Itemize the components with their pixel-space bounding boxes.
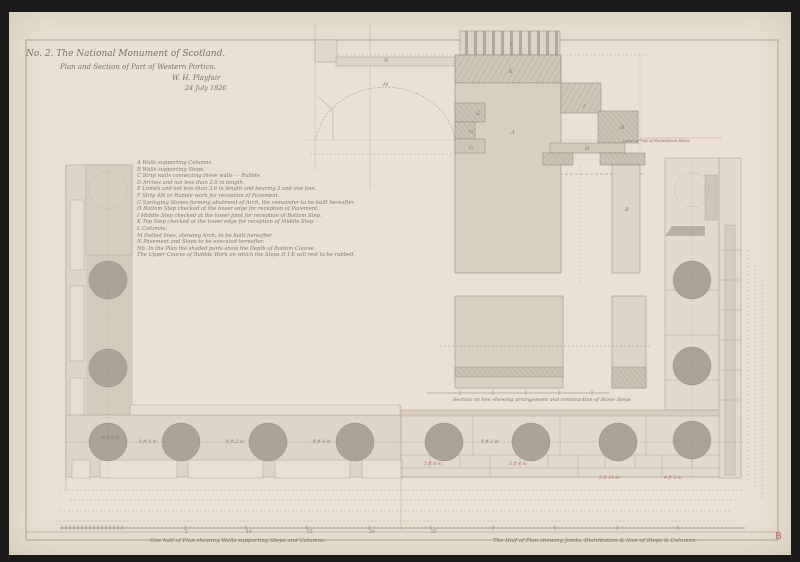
legend-item: G Springing Stones forming abutment of A…	[137, 200, 355, 207]
label-H1: H	[620, 125, 624, 131]
red-dim-1: 5 ft 6 in	[424, 462, 442, 467]
legend-item: A Walls supporting Columns.	[137, 160, 355, 167]
plan-spacing-3: 8 ft 4 in	[313, 440, 331, 445]
label-M: M	[383, 82, 388, 88]
title-line-2: Plan and Section of Part of Western Port…	[60, 63, 216, 71]
label-A: A	[511, 130, 515, 136]
legend-item: D Arches and not less than 2.6 in length…	[137, 180, 355, 187]
legend-item: K Top Step checked at the lower edge for…	[137, 219, 355, 226]
scale-tick: 10	[246, 530, 252, 535]
red-dim-2: 5 ft 4 in	[509, 462, 527, 467]
legend-item: M Dotted lines, showing Arch, to be buil…	[137, 233, 355, 240]
scale-tick: 5	[185, 530, 188, 535]
label-I: I	[583, 104, 585, 110]
column-dim: 6 ft 0 in	[102, 436, 120, 441]
legend-item: The Upper Course of Rubble Work on which…	[137, 252, 355, 259]
label-G1: G	[476, 111, 480, 117]
scale-tick: 20	[369, 530, 375, 535]
red-dim-3: 5 ft 10 in	[599, 476, 620, 481]
label-G3: G	[469, 145, 473, 151]
scale-tick: 25	[431, 530, 437, 535]
legend-item: E Lintels and not less than 3.6 in lengt…	[137, 186, 355, 193]
legend-item: F Strip 4/6 or Rubble work for reception…	[137, 193, 355, 200]
date: 24 July 1826	[185, 84, 227, 92]
signature: W. H. Playfair	[172, 74, 220, 82]
drawing-sheet: No. 2. The National Monument of Scotland…	[9, 12, 791, 555]
legend-item: N Pavement and Steps to be executed here…	[137, 239, 355, 246]
plan-left-caption: One half of Plan showing Walls supportin…	[150, 538, 326, 544]
label-K: K	[509, 69, 513, 75]
legend-item: C Strip walls connecting these walls — R…	[137, 173, 355, 180]
legend-item: L Columns.	[137, 226, 355, 233]
label-H2: H	[585, 146, 589, 152]
legend-item: Nb. In the Plan the shaded parts show th…	[137, 246, 355, 253]
label-N: N	[384, 58, 388, 64]
scale-tick: 15	[307, 530, 313, 535]
legend-item: B Walls supporting Steps.	[137, 167, 355, 174]
legend-notes: A Walls supporting Columns. B Walls supp…	[137, 160, 355, 259]
label-L: L	[510, 42, 513, 48]
foundation-level-note: Level of Top of Foundation Stone	[623, 138, 690, 143]
plan-spacing-1: 8 ft 4 in	[139, 440, 157, 445]
legend-item: I Middle Step checked at the lower joint…	[137, 213, 355, 220]
label-G2: G	[469, 129, 473, 135]
label-B: B	[625, 207, 629, 213]
plan-spacing-2: 8 ft 2 in	[226, 440, 244, 445]
plan-spacing-4: 8 ft 2 in	[481, 440, 499, 445]
section-caption: Section on line showing arrangement and …	[453, 397, 631, 403]
red-dim-4: 4 ft 2 in	[664, 476, 682, 481]
sheet-mark: B	[775, 532, 782, 542]
title-line-1: No. 2. The National Monument of Scotland…	[26, 49, 225, 59]
architectural-drawing	[9, 12, 791, 555]
plan-right-caption: The Half of Plan showing Joints, Distrib…	[493, 538, 697, 544]
legend-item: H Bottom Step checked at the lower edge …	[137, 206, 355, 213]
